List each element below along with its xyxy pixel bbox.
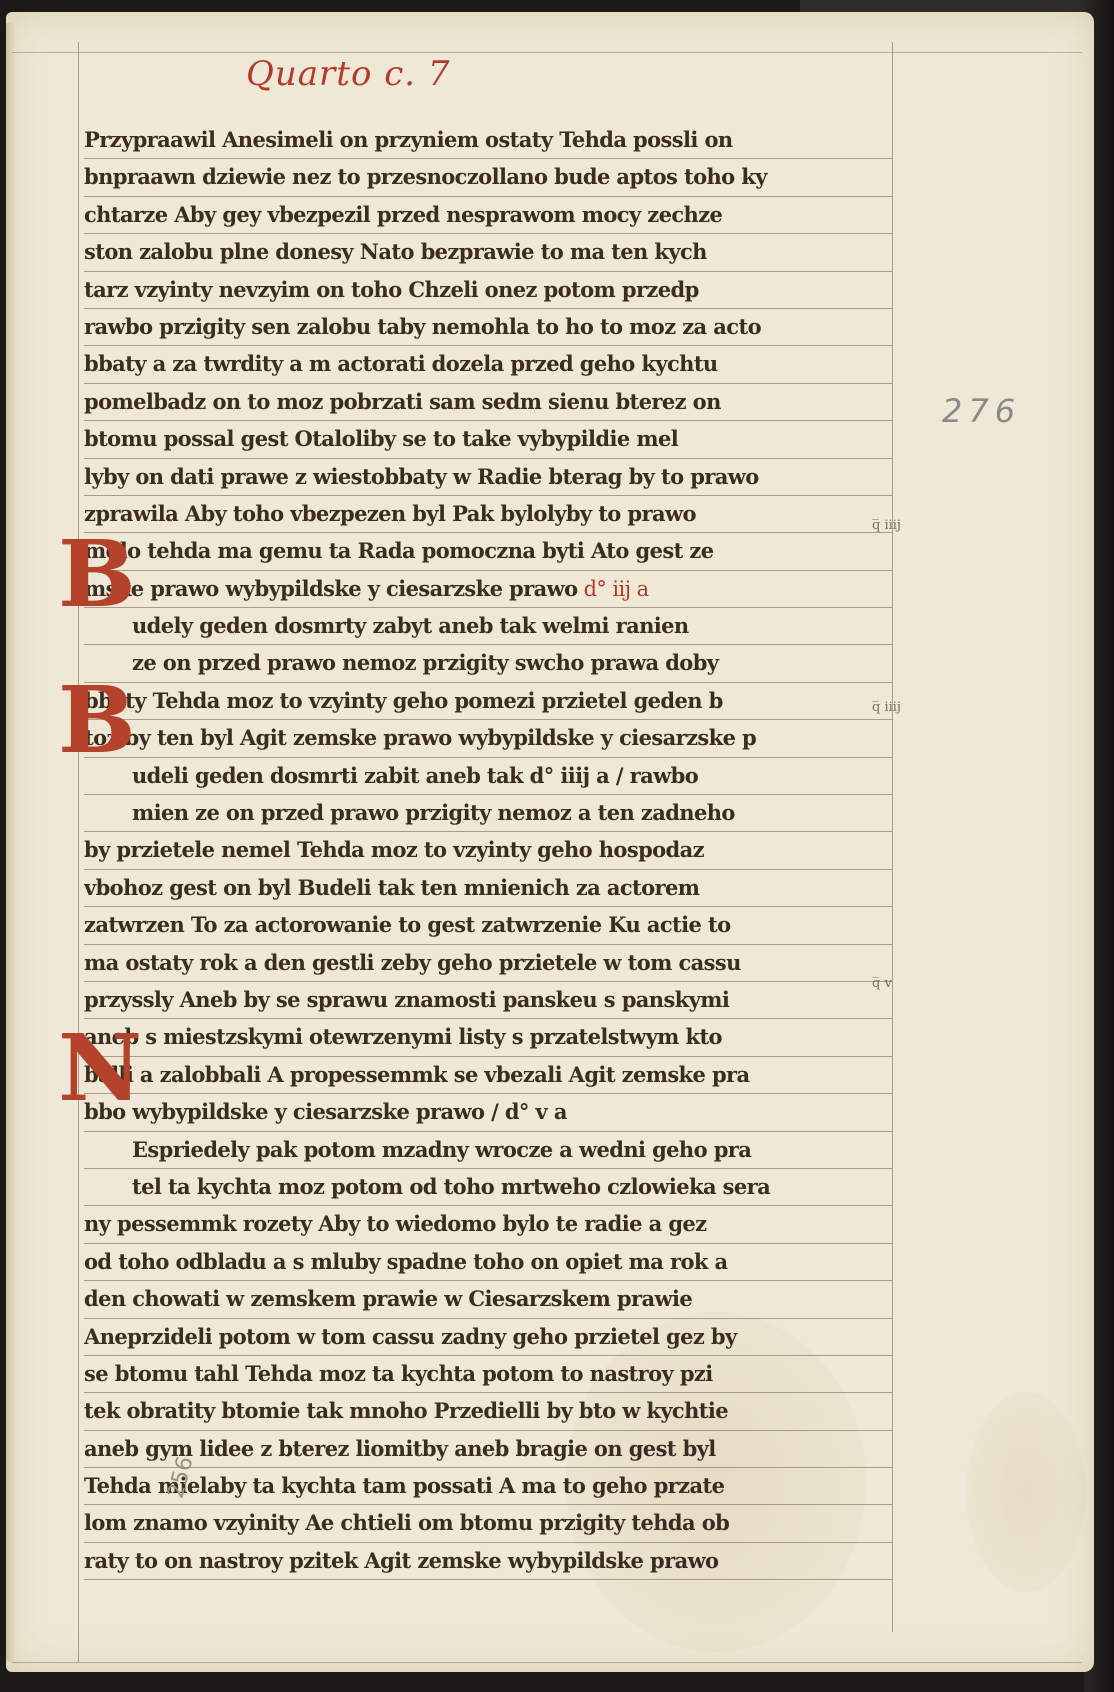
- page-gutter-edge: [6, 22, 16, 1662]
- text-line: zprawila Aby toho vbezpezen byl Pak bylo…: [84, 496, 892, 533]
- text-line: ston zalobu plne donesy Nato bezprawie t…: [84, 234, 892, 271]
- text-line: mien ze on przed prawo przigity nemoz a …: [84, 795, 892, 832]
- text-line: udely geden dosmrty zabyt aneb tak welmi…: [84, 608, 892, 645]
- ruling-top: [12, 52, 1082, 53]
- initial-letter-b: B: [58, 528, 136, 620]
- running-head: Quarto c. 7: [246, 54, 451, 94]
- text-line: se btomu tahl Tehda moz ta kychta potom …: [84, 1356, 892, 1393]
- text-line: lyby on dati prawe z wiestobbaty w Radie…: [84, 459, 892, 496]
- text-line: rawbo przigity sen zalobu taby nemohla t…: [84, 309, 892, 346]
- text-line: balli a zalobbali A propessemmk se vbeza…: [84, 1057, 892, 1094]
- text-line: aneb gym lidee z bterez liomitby aneb br…: [84, 1431, 892, 1468]
- text-line: ny pessemmk rozety Aby to wiedomo bylo t…: [84, 1206, 892, 1243]
- ruling-right: [892, 42, 893, 1632]
- text-line: raty to on nastroy pzitek Agit zemske wy…: [84, 1543, 892, 1580]
- margin-note: q̅ v: [872, 976, 892, 991]
- page-stain: [966, 1392, 1086, 1592]
- text-line: tarz vzyinty nevzyim on toho Chzeli onez…: [84, 272, 892, 309]
- text-line: udeli geden dosmrti zabit aneb tak d° ii…: [84, 758, 892, 795]
- margin-note: q̅ iiij: [872, 518, 901, 533]
- text-line: ma ostaty rok a den gestli zeby geho prz…: [84, 945, 892, 982]
- text-line: przyssly Aneb by se sprawu znamosti pans…: [84, 982, 892, 1019]
- initial-letter-n: N: [58, 1022, 142, 1114]
- text-line: od toho odbladu a s mluby spadne toho on…: [84, 1244, 892, 1281]
- text-line: mdlo tehda ma gemu ta Rada pomoczna byti…: [84, 533, 892, 570]
- text-line: Przypraawil Anesimeli on przyniem ostaty…: [84, 122, 892, 159]
- margin-note: q̅ iiij: [872, 700, 901, 715]
- text-line: vbohoz gest on byl Budeli tak ten mnieni…: [84, 870, 892, 907]
- text-line: mske prawo wybypildske y ciesarzske praw…: [84, 571, 892, 608]
- text-line: by przietele nemel Tehda moz to vzyinty …: [84, 832, 892, 869]
- text-line: chtarze Aby gey vbezpezil przed nesprawo…: [84, 197, 892, 234]
- initial-letter-b: B: [58, 674, 136, 766]
- ruling-bottom: [12, 1662, 1082, 1663]
- paragraphs: udely geden dosmrty zabyt aneb tak welmi…: [84, 608, 892, 1580]
- text-block: Przypraawil Anesimeli on przyniem ostaty…: [84, 122, 892, 1580]
- text-line: bbo wybypildske y ciesarzske prawo / d° …: [84, 1094, 892, 1131]
- text-line: btomu possal gest Otaloliby se to take v…: [84, 421, 892, 458]
- text-line: lom znamo vzyinity Ae chtieli om btomu p…: [84, 1505, 892, 1542]
- opening-paragraph: Przypraawil Anesimeli on przyniem ostaty…: [84, 122, 892, 608]
- text-line: aneb s miestzskymi otewrzenymi listy s p…: [84, 1019, 892, 1056]
- text-line: ze on przed prawo nemoz przigity swcho p…: [84, 645, 892, 682]
- text-line: bbaty a za twrdity a m actorati dozela p…: [84, 346, 892, 383]
- text-line: Espriedely pak potom mzadny wrocze a wed…: [84, 1132, 892, 1169]
- rubric: d° iij a: [578, 577, 649, 601]
- text-line: pomelbadz on to moz pobrzati sam sedm si…: [84, 384, 892, 421]
- text-line: toz by ten byl Agit zemske prawo wybypil…: [84, 720, 892, 757]
- text-line: den chowati w zemskem prawie w Ciesarzsk…: [84, 1281, 892, 1318]
- text-line: Aneprzideli potom w tom cassu zadny geho…: [84, 1319, 892, 1356]
- text-line: bnpraawn dziewie nez to przesnoczollano …: [84, 159, 892, 196]
- folio-number: 276: [942, 392, 1021, 430]
- text-line: zatwrzen To za actorowanie to gest zatwr…: [84, 907, 892, 944]
- text-line: tel ta kychta moz potom od toho mrtweho …: [84, 1169, 892, 1206]
- ruling-left: [78, 42, 79, 1662]
- text-line: Tehda mielaby ta kychta tam possati A ma…: [84, 1468, 892, 1505]
- text-line: tek obratity btomie tak mnoho Przedielli…: [84, 1393, 892, 1430]
- text-line: bbaty Tehda moz to vzyinty geho pomezi p…: [84, 683, 892, 720]
